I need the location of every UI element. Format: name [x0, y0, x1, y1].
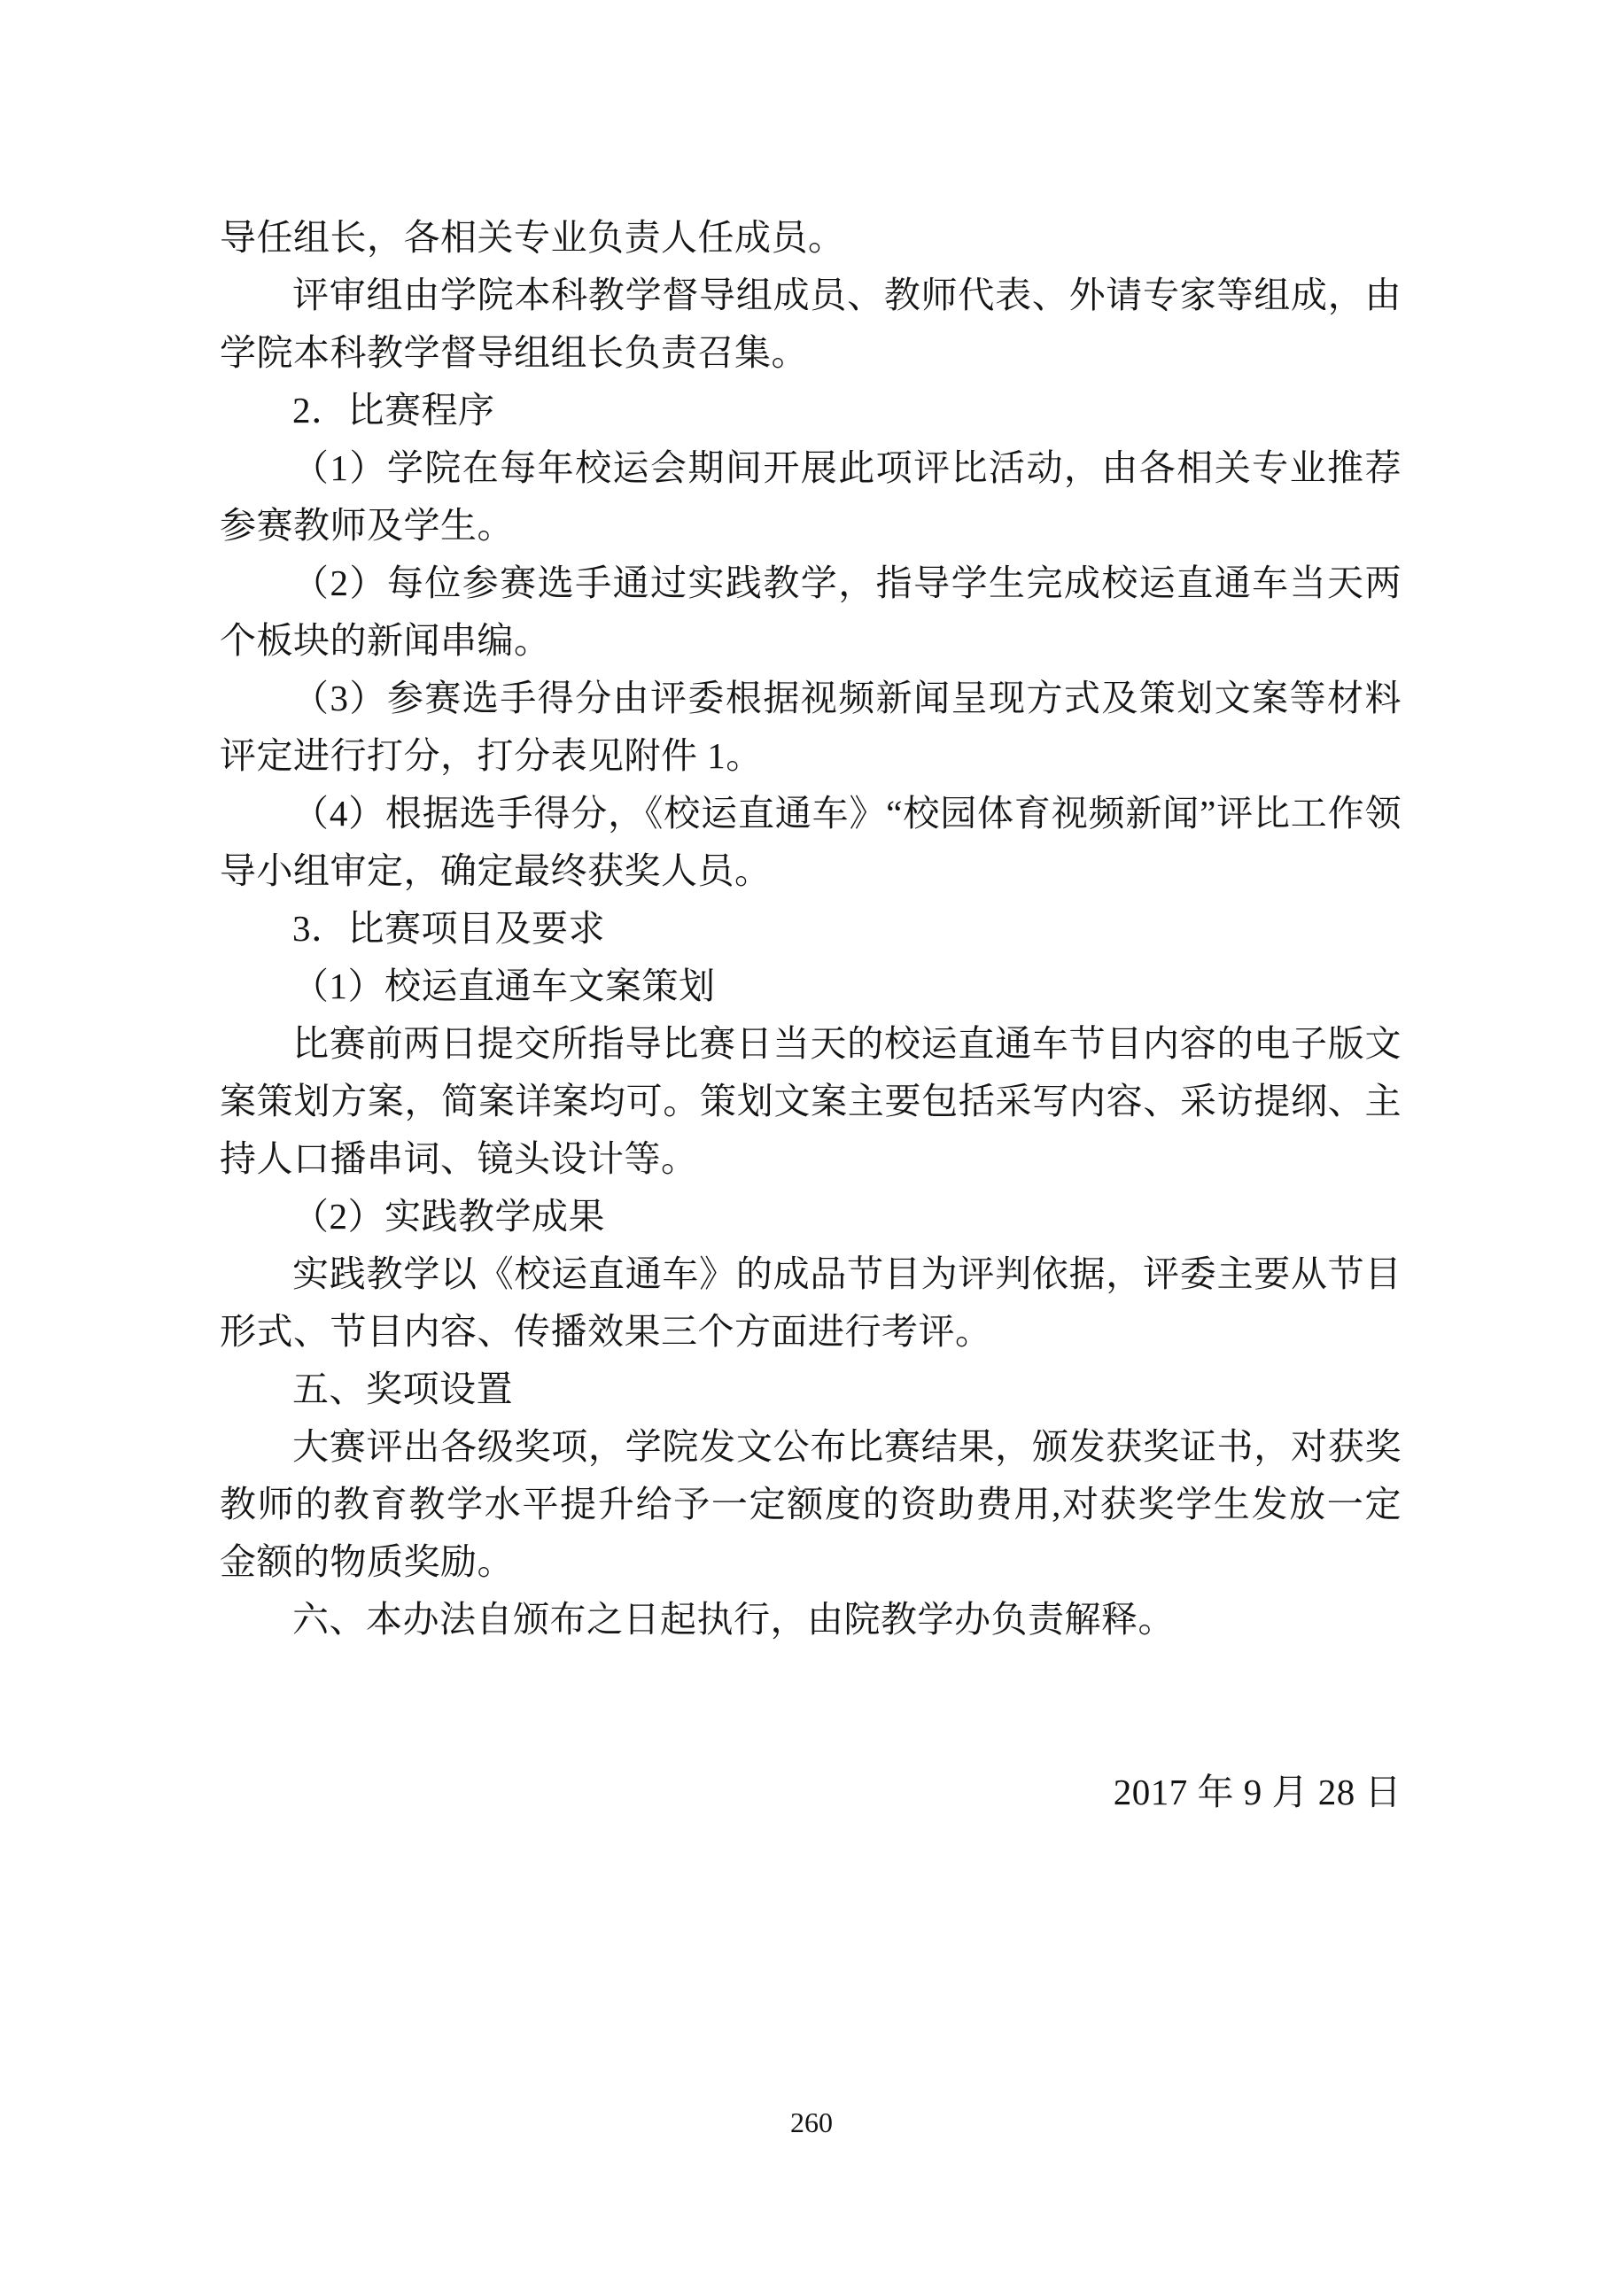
- paragraph: 大赛评出各级奖项，学院发文公布比赛结果，颁发获奖证书，对获奖教师的教育教学水平提…: [220, 1418, 1402, 1591]
- document-page: 导任组长，各相关专业负责人任成员。 评审组由学院本科教学督导组成员、教师代表、外…: [0, 0, 1623, 2296]
- paragraph: （2）每位参赛选手通过实践教学，指导学生完成校运直通车当天两个板块的新闻串编。: [220, 555, 1402, 670]
- paragraph-continuation: 导任组长，各相关专业负责人任成员。: [220, 209, 1402, 267]
- sub-heading: （1）校运直通车文案策划: [220, 958, 1402, 1015]
- section-heading: 3．比赛项目及要求: [220, 900, 1402, 958]
- paragraph: 比赛前两日提交所指导比赛日当天的校运直通车节目内容的电子版文案策划方案，简案详案…: [220, 1015, 1402, 1188]
- paragraph: 实践教学以《校运直通车》的成品节目为评判依据，评委主要从节目形式、节目内容、传播…: [220, 1245, 1402, 1361]
- paragraph: 六、本办法自颁布之日起执行，由院教学办负责解释。: [220, 1591, 1402, 1648]
- page-number: 260: [0, 2106, 1623, 2138]
- section-heading: 五、奖项设置: [220, 1361, 1402, 1418]
- paragraph: 评审组由学院本科教学督导组成员、教师代表、外请专家等组成，由学院本科教学督导组组…: [220, 267, 1402, 382]
- paragraph: （4）根据选手得分，《校运直通车》“校园体育视频新闻”评比工作领导小组审定，确定…: [220, 785, 1402, 900]
- paragraph: （1）学院在每年校运会期间开展此项评比活动，由各相关专业推荐参赛教师及学生。: [220, 439, 1402, 555]
- paragraph: （3）参赛选手得分由评委根据视频新闻呈现方式及策划文案等材料评定进行打分，打分表…: [220, 670, 1402, 785]
- document-body: 导任组长，各相关专业负责人任成员。 评审组由学院本科教学督导组成员、教师代表、外…: [220, 209, 1402, 1821]
- date-line: 2017 年 9 月 28 日: [220, 1764, 1402, 1821]
- section-heading: 2．比赛程序: [220, 382, 1402, 439]
- sub-heading: （2）实践教学成果: [220, 1188, 1402, 1245]
